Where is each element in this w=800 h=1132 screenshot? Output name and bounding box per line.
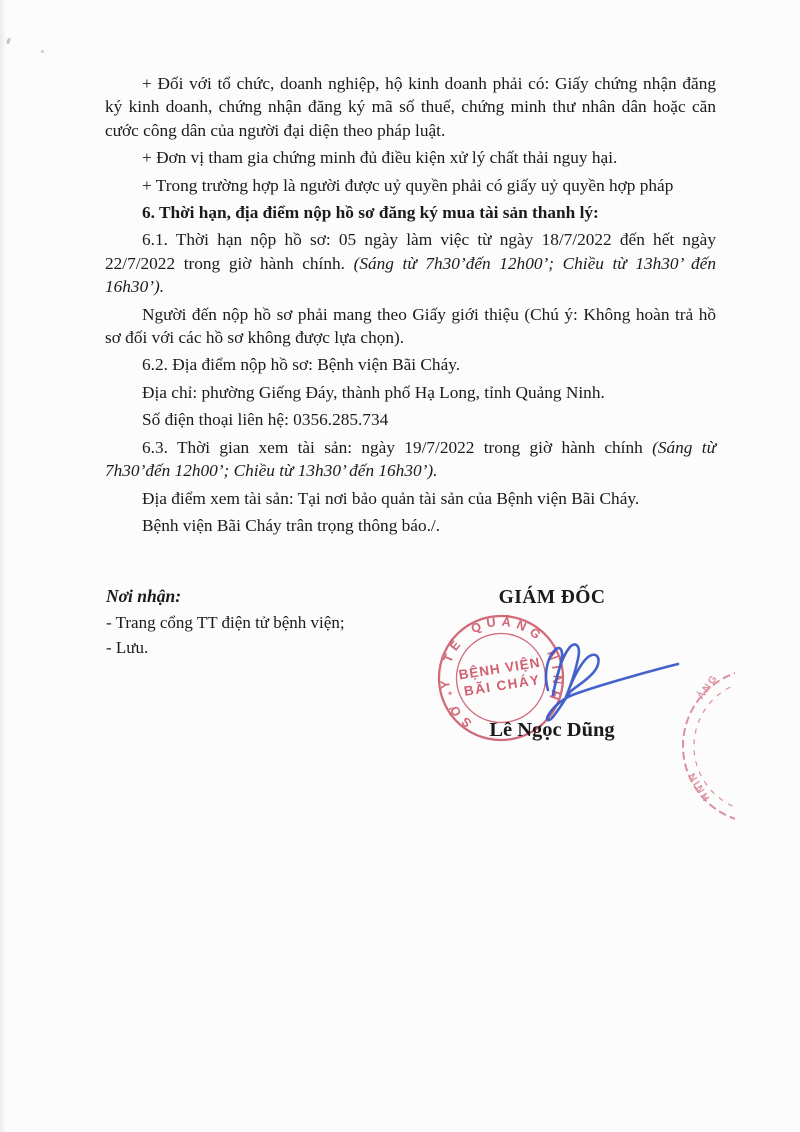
document-body: + Đối với tổ chức, doanh nghiệp, hộ kinh…	[105, 72, 716, 541]
paragraph-6-3-text: 6.3. Thời gian xem tài sản: ngày 19/7/20…	[142, 438, 652, 457]
paragraph-viewing-location: Địa điểm xem tài sản: Tại nơi bảo quản t…	[105, 487, 716, 510]
scan-speck	[6, 38, 11, 45]
recipients-label: Nơi nhận:	[106, 584, 426, 610]
paragraph-closing: Bệnh viện Bãi Cháy trân trọng thông báo.…	[105, 514, 716, 537]
paragraph-6-3: 6.3. Thời gian xem tài sản: ngày 19/7/20…	[105, 436, 716, 483]
recipients-block: Nơi nhận: - Trang cổng TT điện tử bệnh v…	[106, 584, 426, 661]
paragraph-6-2: 6.2. Địa điểm nộp hồ sơ: Bệnh viện Bãi C…	[105, 353, 716, 376]
paragraph-6-1: 6.1. Thời hạn nộp hồ sơ: 05 ngày làm việ…	[105, 228, 716, 298]
scan-speck	[41, 50, 44, 53]
recipient-item: - Trang cổng TT điện tử bệnh viện;	[106, 610, 426, 636]
paragraph-authorization: + Trong trường hợp là người được uỷ quyề…	[105, 174, 716, 197]
paragraph-address: Địa chỉ: phường Giếng Đáy, thành phố Hạ …	[105, 381, 716, 404]
recipient-item: - Lưu.	[106, 635, 426, 661]
scanned-document-page: + Đối với tổ chức, doanh nghiệp, hộ kinh…	[0, 0, 800, 1132]
partial-stamp-inner-arc	[694, 680, 800, 812]
partial-stamp-fragment-bottom: NINH	[685, 772, 712, 805]
paragraph-unit-condition: + Đơn vị tham gia chứng minh đủ điều kiệ…	[105, 146, 716, 169]
scan-edge-shadow	[0, 0, 6, 1132]
partial-stamp-fragment-top: ẢNG	[694, 671, 721, 702]
partial-stamp: ẢNG NINH	[640, 660, 800, 830]
paragraph-org-requirements: + Đối với tổ chức, doanh nghiệp, hộ kinh…	[105, 72, 716, 142]
paragraph-phone: Số điện thoại liên hệ: 0356.285.734	[105, 408, 716, 431]
paragraph-introduction-letter: Người đến nộp hồ sơ phải mang theo Giấy …	[105, 303, 716, 350]
section-6-heading: 6. Thời hạn, địa điểm nộp hồ sơ đăng ký …	[105, 201, 716, 224]
